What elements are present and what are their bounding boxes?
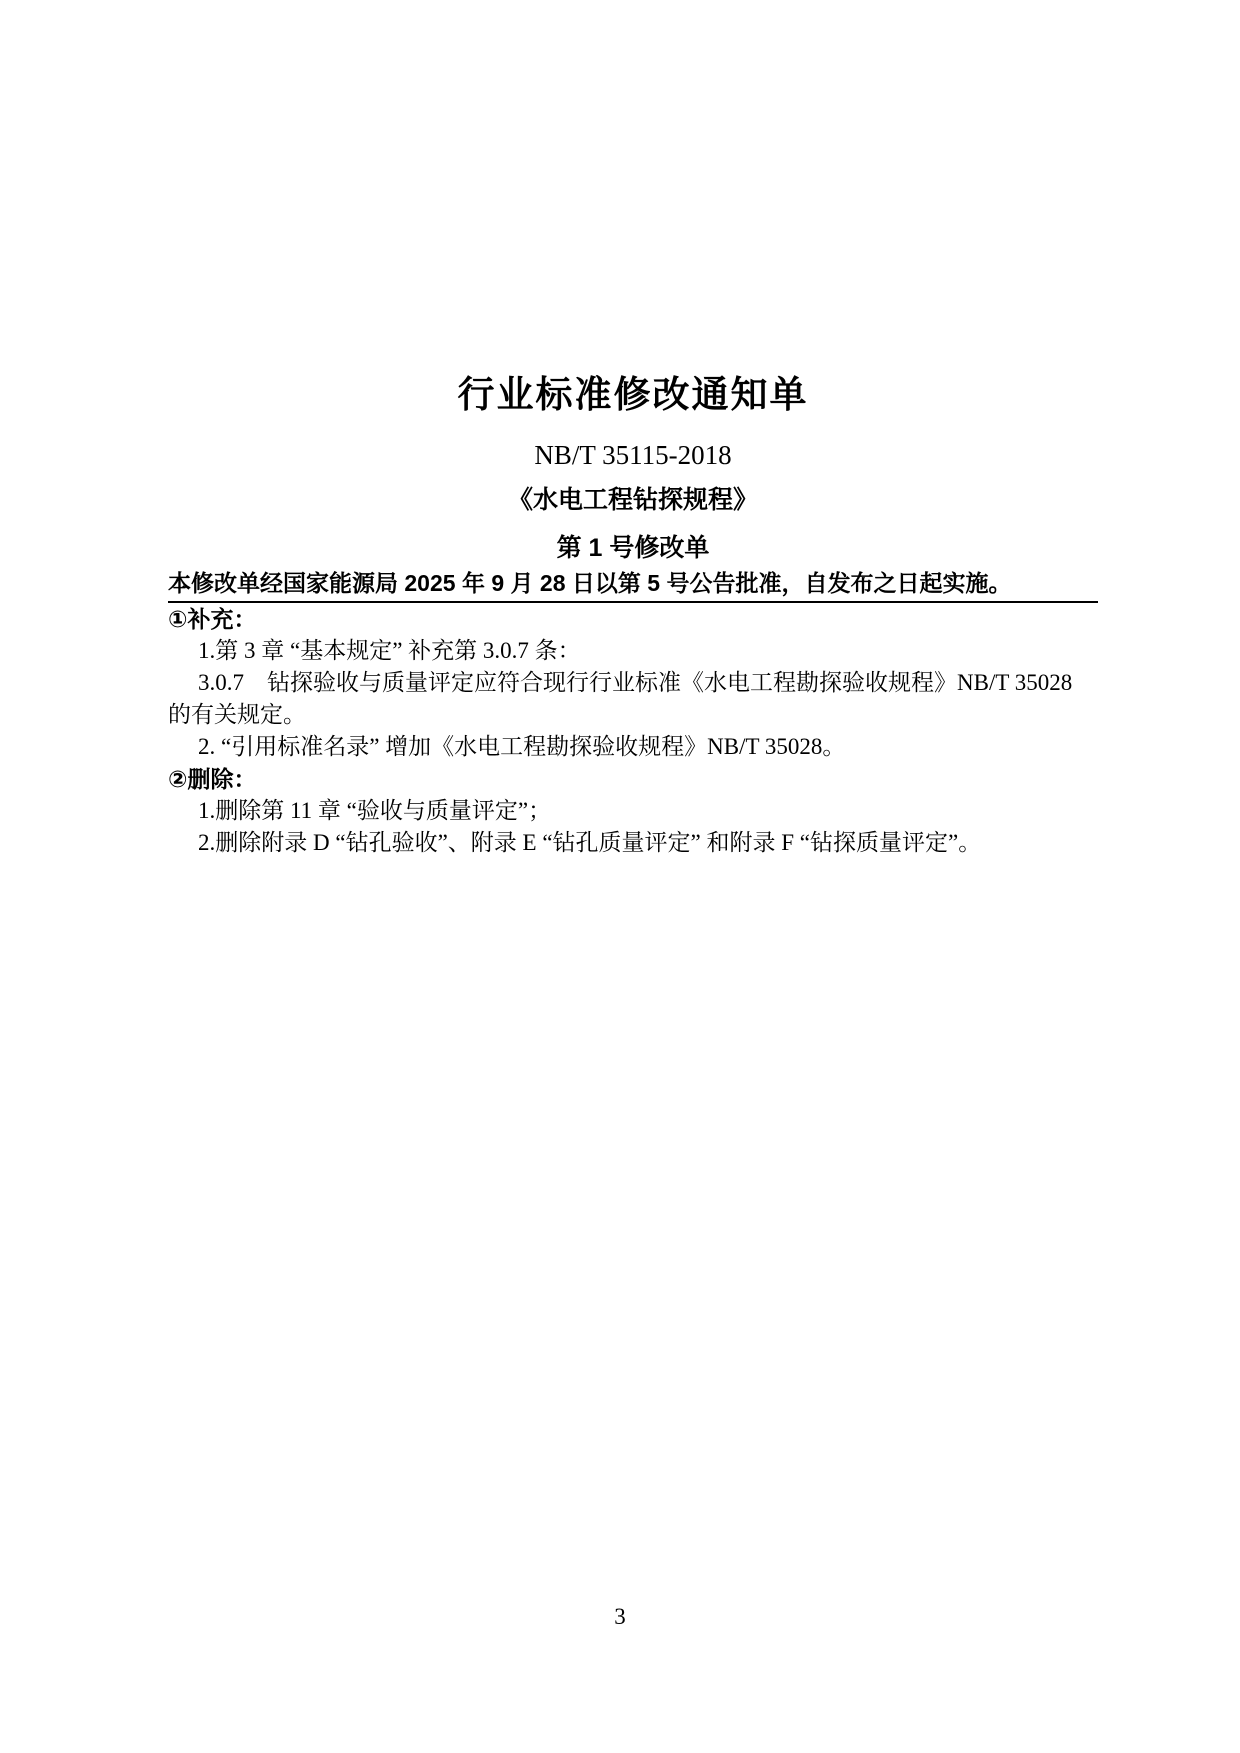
supplement-item-2: 2. “引用标准名录” 增加《水电工程勘探验收规程》NB/T 35028。 [168,731,1098,763]
section-deletion: ②删除： 1.删除第 11 章 “验收与质量评定”； 2.删除附录 D “钻孔验… [168,763,1098,859]
supplement-item-1: 1.第 3 章 “基本规定” 补充第 3.0.7 条： [168,635,1098,667]
standard-name: 《水电工程钻探规程》 [168,485,1098,515]
section-heading-deletion: ②删除： [168,763,1098,795]
document-title: 行业标准修改通知单 [168,375,1098,415]
deletion-item-2: 2.删除附录 D “钻孔验收”、附录 E “钻孔质量评定” 和附录 F “钻探质… [168,827,1098,859]
page-number: 3 [0,1603,1240,1631]
section-supplement: ①补充： 1.第 3 章 “基本规定” 补充第 3.0.7 条： 3.0.7 钻… [168,603,1098,763]
standard-code: NB/T 35115-2018 [168,440,1098,470]
amendment-number-title: 第 1 号修改单 [168,533,1098,563]
supplement-item-clause-3-0-7: 3.0.7 钻探验收与质量评定应符合现行行业标准《水电工程勘探验收规程》NB/T… [168,667,1098,731]
approval-note: 本修改单经国家能源局 2025 年 9 月 28 日以第 5 号公告批准，自发布… [168,570,1098,603]
deletion-item-1: 1.删除第 11 章 “验收与质量评定”； [168,795,1098,827]
section-heading-supplement: ①补充： [168,603,1098,635]
document-page: 行业标准修改通知单 NB/T 35115-2018 《水电工程钻探规程》 第 1… [0,0,1240,1753]
